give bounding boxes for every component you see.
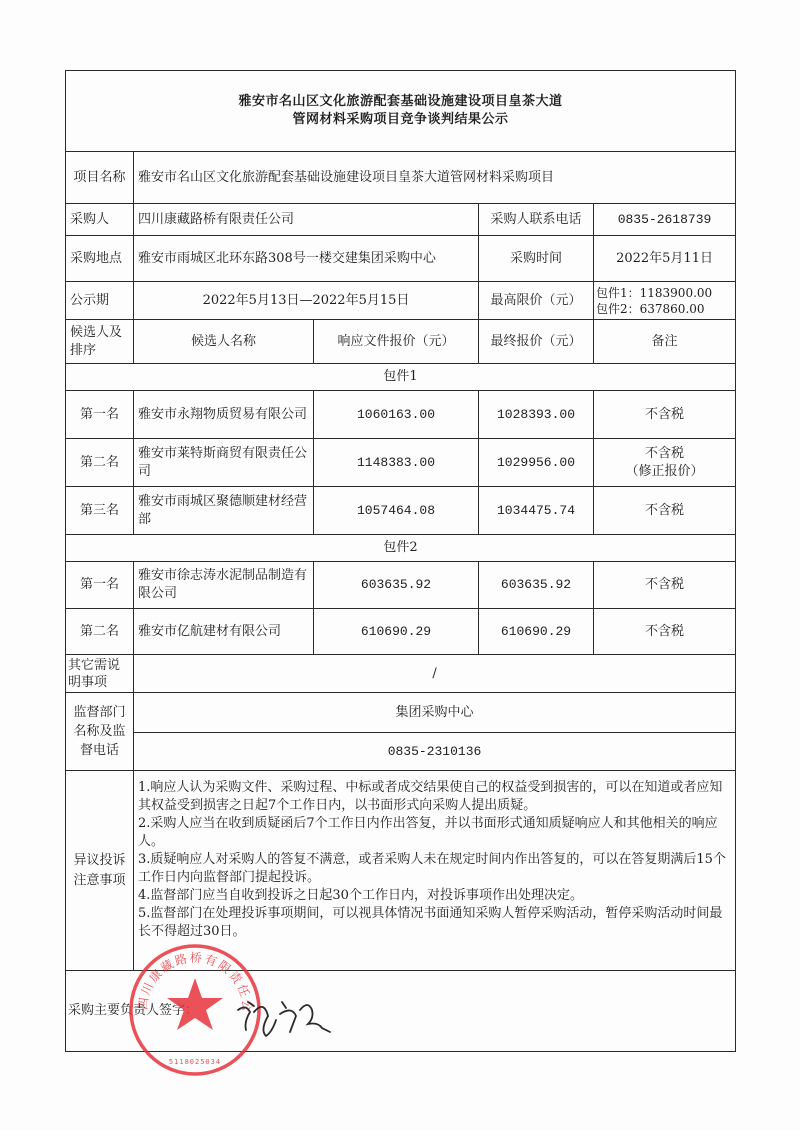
publicity-label: 公示期 <box>66 282 134 320</box>
purchase-time-label: 采购时间 <box>479 236 594 282</box>
purchaser-phone-label: 采购人联系电话 <box>479 204 594 236</box>
document-page: 雅安市名山区文化旅游配套基础设施建设项目皇茶大道 管网材料采购项目竞争谈判结果公… <box>0 0 800 1131</box>
response-price-header: 响应文件报价（元） <box>314 320 479 364</box>
candidate-name: 雅安市徐志涛水泥制品制造有限公司 <box>134 562 314 609</box>
table-row: 第二名 雅安市亿航建材有限公司 610690.29 610690.29 不含税 <box>66 609 736 655</box>
objection-item: 3.质疑响应人对采购人的答复不满意，或者采购人未在规定时间内作出答复的，可以在答… <box>138 851 731 887</box>
final-price: 1028393.00 <box>479 391 594 439</box>
purchaser-phone-value: 0835-2618739 <box>594 204 736 236</box>
rank-header: 候选人及排序 <box>66 320 134 364</box>
max-price-value: 包件1：1183900.00 包件2：637860.00 <box>594 282 736 320</box>
project-name-label: 项目名称 <box>66 152 134 204</box>
remark: 不含税 <box>594 609 736 655</box>
response-price: 610690.29 <box>314 609 479 655</box>
final-price: 1034475.74 <box>479 487 594 535</box>
candidate-name-header: 候选人名称 <box>134 320 314 364</box>
publicity-period-value: 2022年5月13日—2022年5月15日 <box>134 282 479 320</box>
supervision-label: 监督部门名称及监督电话 <box>66 693 134 771</box>
table-row: 第三名 雅安市雨城区聚德顺建材经营部 1057464.08 1034475.74… <box>66 487 736 535</box>
package-2-header: 包件2 <box>66 535 736 562</box>
candidate-name: 雅安市永翔物质贸易有限公司 <box>134 391 314 439</box>
supervision-phone: 0835-2310136 <box>134 733 736 771</box>
title-line-2: 管网材料采购项目竞争谈判结果公示 <box>70 111 731 129</box>
remark: 不含税 <box>594 562 736 609</box>
objection-item: 2.采购人应当在收到质疑函后7个工作日内作出答复，并以书面形式通知质疑响应人和其… <box>138 815 731 851</box>
max-price-pkg2: 包件2：637860.00 <box>596 301 733 317</box>
supervision-dept: 集团采购中心 <box>134 693 736 733</box>
remark: 不含税 <box>594 391 736 439</box>
svg-text:5118025034: 5118025034 <box>169 1058 221 1066</box>
max-price-pkg1: 包件1：1183900.00 <box>596 285 733 301</box>
remark-line-2: （修正报价） <box>598 463 731 481</box>
response-price: 1060163.00 <box>314 391 479 439</box>
project-name-value: 雅安市名山区文化旅游配套基础设施建设项目皇茶大道管网材料采购项目 <box>134 152 736 204</box>
candidate-name: 雅安市雨城区聚德顺建材经营部 <box>134 487 314 535</box>
candidate-rank: 第三名 <box>66 487 134 535</box>
final-price: 610690.29 <box>479 609 594 655</box>
purchaser-value: 四川康藏路桥有限责任公司 <box>134 204 479 236</box>
remark: 不含税 <box>594 487 736 535</box>
objection-item: 4.监督部门应当自收到投诉之日起30个工作日内，对投诉事项作出处理决定。 <box>138 887 731 905</box>
table-row: 第二名 雅安市莱特斯商贸有限责任公司 1148383.00 1029956.00… <box>66 439 736 487</box>
remark-line-1: 不含税 <box>598 445 731 463</box>
response-price: 1057464.08 <box>314 487 479 535</box>
objection-notice: 1.响应人认为采购文件、采购过程、中标或者成交结果使自己的权益受到损害的，可以在… <box>134 771 736 971</box>
response-price: 1148383.00 <box>314 439 479 487</box>
package-1-header: 包件1 <box>66 364 736 391</box>
table-row: 第一名 雅安市徐志涛水泥制品制造有限公司 603635.92 603635.92… <box>66 562 736 609</box>
max-price-label: 最高限价（元） <box>479 282 594 320</box>
purchase-time-value: 2022年5月11日 <box>594 236 736 282</box>
result-table: 雅安市名山区文化旅游配套基础设施建设项目皇茶大道 管网材料采购项目竞争谈判结果公… <box>65 70 736 1052</box>
final-price: 1029956.00 <box>479 439 594 487</box>
objection-label: 异议投诉注意事项 <box>66 771 134 971</box>
other-value: / <box>134 655 736 693</box>
document-title: 雅安市名山区文化旅游配套基础设施建设项目皇茶大道 管网材料采购项目竞争谈判结果公… <box>66 71 736 152</box>
final-price: 603635.92 <box>479 562 594 609</box>
response-price: 603635.92 <box>314 562 479 609</box>
candidate-rank: 第二名 <box>66 439 134 487</box>
candidate-rank: 第一名 <box>66 391 134 439</box>
location-label: 采购地点 <box>66 236 134 282</box>
objection-item: 5.监督部门在处理投诉事项期间，可以视具体情况书面通知采购人暂停采购活动，暂停采… <box>138 905 731 941</box>
candidate-rank: 第二名 <box>66 609 134 655</box>
location-value: 雅安市雨城区北环东路308号一楼交建集团采购中心 <box>134 236 479 282</box>
other-label: 其它需说明事项 <box>66 655 134 693</box>
candidate-name: 雅安市莱特斯商贸有限责任公司 <box>134 439 314 487</box>
remark-header: 备注 <box>594 320 736 364</box>
candidate-rank: 第一名 <box>66 562 134 609</box>
candidate-name: 雅安市亿航建材有限公司 <box>134 609 314 655</box>
remark: 不含税 （修正报价） <box>594 439 736 487</box>
final-price-header: 最终报价（元） <box>479 320 594 364</box>
title-line-1: 雅安市名山区文化旅游配套基础设施建设项目皇茶大道 <box>70 93 731 111</box>
table-row: 第一名 雅安市永翔物质贸易有限公司 1060163.00 1028393.00 … <box>66 391 736 439</box>
signature-label: 采购主要负责人签字： <box>66 971 736 1052</box>
objection-item: 1.响应人认为采购文件、采购过程、中标或者成交结果使自己的权益受到损害的，可以在… <box>138 779 731 815</box>
purchaser-label: 采购人 <box>66 204 134 236</box>
